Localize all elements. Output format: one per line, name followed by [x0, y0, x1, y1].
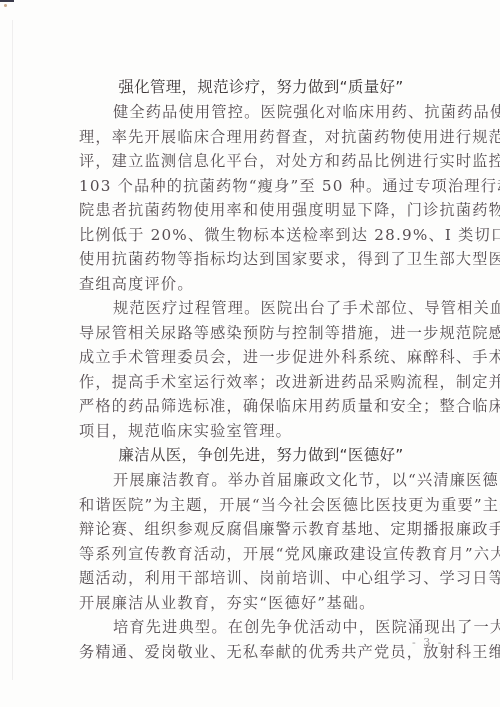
text-line: 院患者抗菌药物使用率和使用强度明显下降，门诊抗菌药物处方	[79, 198, 443, 223]
scan-left-edge	[12, 20, 13, 680]
paragraph: 培育先进典型。在创先争优活动中，医院涌现出了一大批业 务精通、爱岗敬业、无私奉献…	[79, 615, 443, 664]
paragraph: 健全药品使用管控。医院强化对临床用药、抗菌药品使用管 理，率先开展临床合理用药督…	[79, 100, 443, 296]
text-line: 严格的药品筛选标准，确保临床用药质量和安全；整合临床实验	[79, 394, 443, 419]
text-line: 开展廉洁教育。举办首届廉政文化节，以“兴清廉医德 创	[79, 468, 443, 493]
paragraph: 规范医疗过程管理。医院出台了手术部位、导管相关血流、 导尿管相关尿路等感染预防与…	[79, 296, 443, 443]
text-line: 查组高度评价。	[79, 272, 443, 297]
text-line: 培育先进典型。在创先争优活动中，医院涌现出了一大批业	[79, 615, 443, 640]
text-line: 成立手术管理委员会，进一步促进外科系统、麻醉科、手术室协	[79, 345, 443, 370]
document-body: 强化管理，规范诊疗，努力做到“质量好” 健全药品使用管控。医院强化对临床用药、抗…	[79, 75, 443, 664]
text-line: 项目，规范临床实验室管理。	[79, 419, 443, 444]
text-line: 题活动，利用干部培训、岗前培训、中心组学习、学习日等平台	[79, 566, 443, 591]
text-line: 务精通、爱岗敬业、无私奉献的优秀共产党员，放射科王维教授	[79, 640, 443, 665]
text-line: 理，率先开展临床合理用药督查，对抗菌药物使用进行规范和点	[79, 125, 443, 150]
text-line: 辩论赛、组织参观反腐倡廉警示教育基地、定期播报廉政手机报	[79, 517, 443, 542]
text-line: 和谐医院”为主题，开展“当今社会医德比医技更为重要”主题	[79, 493, 443, 518]
text-line: 等系列宣传教育活动，开展“党风廉政建设宣传教育月”六大主	[79, 542, 443, 567]
text-line: 导尿管相关尿路等感染预防与控制等措施，进一步规范院感控制，	[79, 321, 443, 346]
text-line: 健全药品使用管控。医院强化对临床用药、抗菌药品使用管	[79, 100, 443, 125]
text-line: 103 个品种的抗菌药物“瘦身”至 50 种。通过专项治理行动，住	[79, 174, 443, 199]
text-line: 评，建立监测信息化平台，对处方和药品比例进行实时监控，将	[79, 149, 443, 174]
scan-corner-mark	[0, 0, 14, 2]
text-line: 开展廉洁从业教育，夯实“医德好”基础。	[79, 591, 443, 616]
scan-dot	[4, 4, 7, 7]
text-line: 比例低于 20%、微生物标本送检率到达 28.9%、I 类切口手术预防	[79, 223, 443, 248]
page-number: - 3 -	[412, 636, 443, 649]
section-heading: 廉洁从医，争创先进，努力做到“医德好”	[79, 443, 443, 468]
text-line: 作，提高手术室运行效率；改进新进药品采购流程，制定并执行	[79, 370, 443, 395]
section-heading: 强化管理，规范诊疗，努力做到“质量好”	[79, 75, 443, 100]
document-page: 强化管理，规范诊疗，努力做到“质量好” 健全药品使用管控。医院强化对临床用药、抗…	[0, 0, 500, 707]
paragraph: 开展廉洁教育。举办首届廉政文化节，以“兴清廉医德 创 和谐医院”为主题，开展“当…	[79, 468, 443, 615]
text-line: 规范医疗过程管理。医院出台了手术部位、导管相关血流、	[79, 296, 443, 321]
text-line: 使用抗菌药物等指标均达到国家要求，得到了卫生部大型医院巡	[79, 247, 443, 272]
